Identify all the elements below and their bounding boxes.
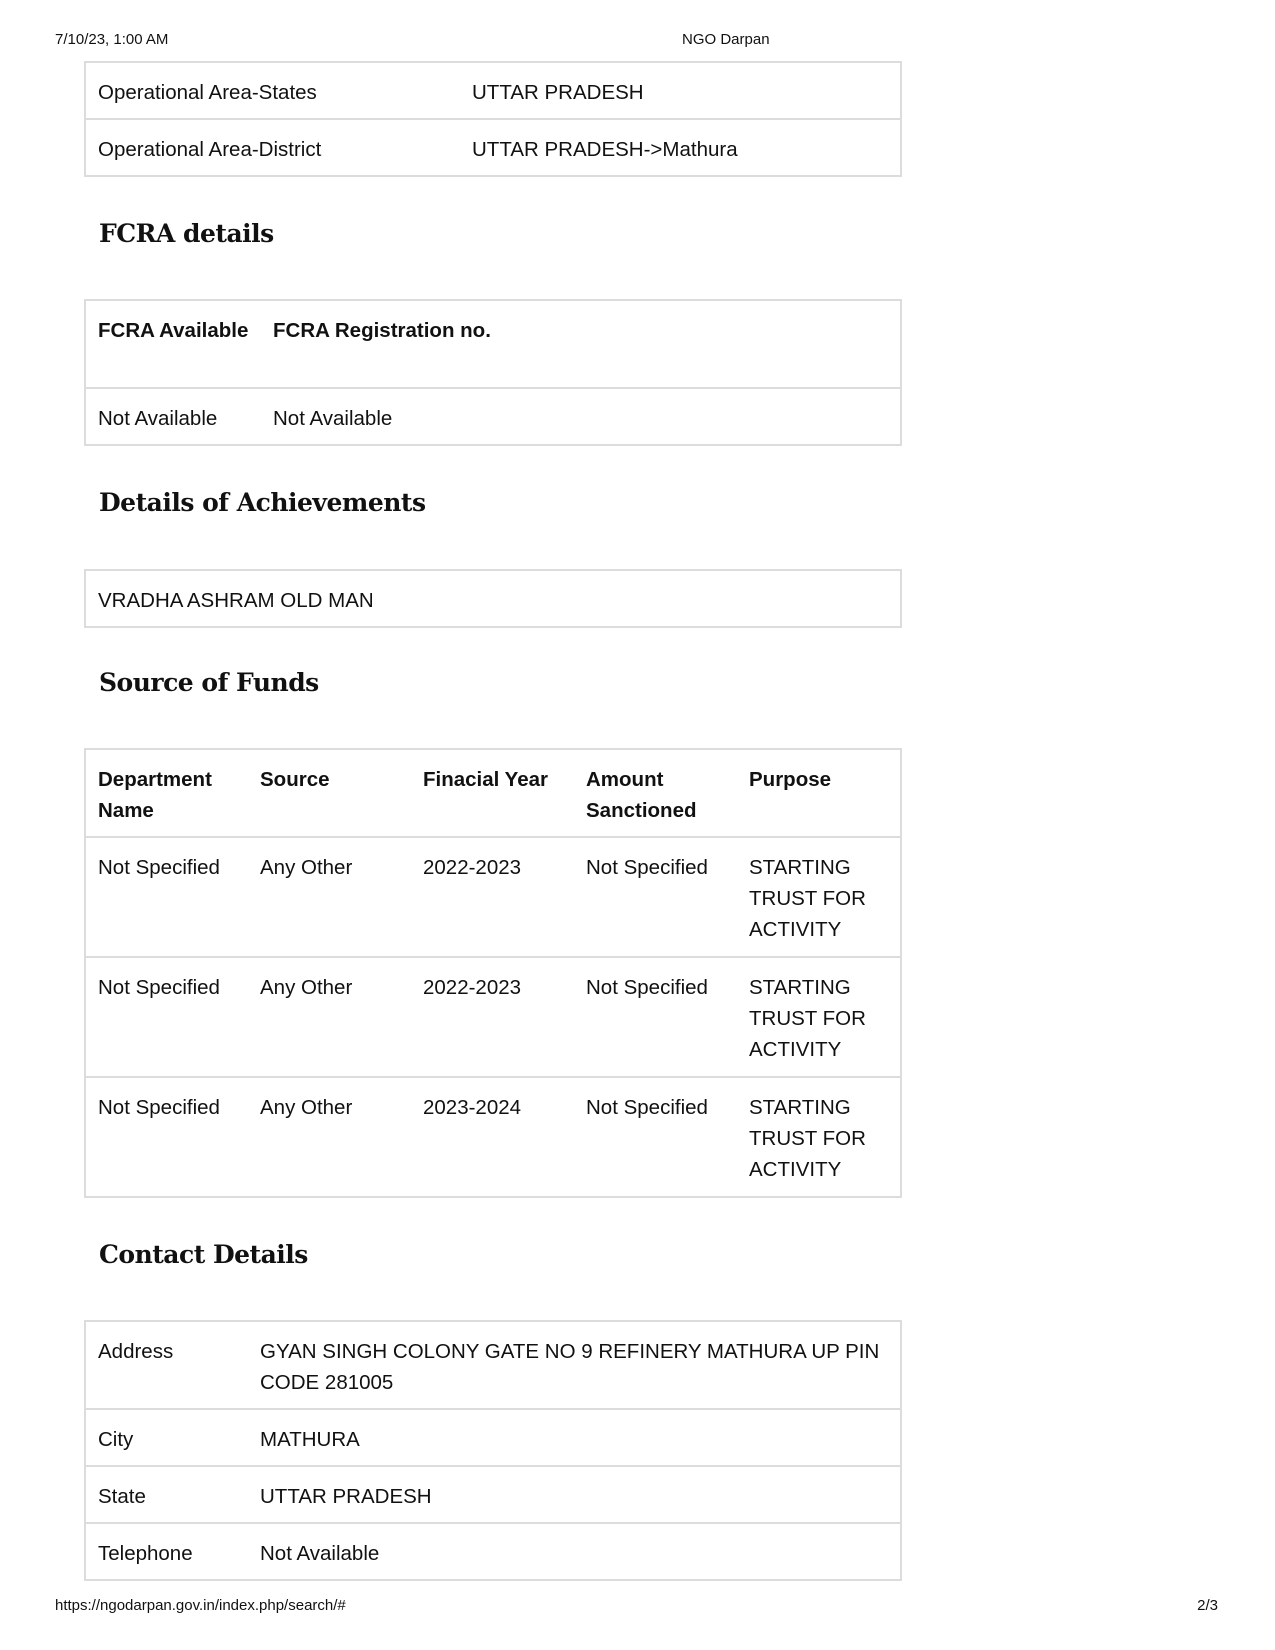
table-row: Operational Area-District UTTAR PRADESH-… [85, 119, 901, 176]
column-header: Purpose [737, 749, 901, 837]
row-label: Address [85, 1321, 248, 1409]
print-url: https://ngodarpan.gov.in/index.php/searc… [55, 1597, 346, 1614]
fcra-table: FCRA Available FCRA Registration no. Not… [84, 299, 902, 446]
column-header: Amount Sanctioned [574, 749, 737, 837]
telephone-value: Not Available [248, 1523, 901, 1580]
column-header: FCRA Registration no. [261, 300, 901, 388]
state-value: UTTAR PRADESH [248, 1466, 901, 1523]
row-value: UTTAR PRADESH->Mathura [460, 119, 901, 176]
table-row: Not Available Not Available [85, 388, 901, 445]
section-title-funds: Source of Funds [99, 668, 319, 697]
fcra-registration-value: Not Available [261, 388, 901, 445]
fcra-available-value: Not Available [85, 388, 261, 445]
page-number: 2/3 [1197, 1597, 1218, 1614]
table-row: City MATHURA [85, 1409, 901, 1466]
row-label: Operational Area-District [85, 119, 460, 176]
print-datetime: 7/10/23, 1:00 AM [55, 31, 168, 48]
column-header: Source [248, 749, 411, 837]
achievements-table: VRADHA ASHRAM OLD MAN [84, 569, 902, 628]
section-title-contact: Contact Details [99, 1240, 308, 1269]
achievement-text: VRADHA ASHRAM OLD MAN [85, 570, 901, 627]
contact-details-table: Address GYAN SINGH COLONY GATE NO 9 REFI… [84, 1320, 902, 1581]
section-title-achievements: Details of Achievements [99, 488, 426, 517]
cell-department: Not Specified [85, 957, 248, 1077]
row-label: Telephone [85, 1523, 248, 1580]
cell-source: Any Other [248, 1077, 411, 1197]
cell-amount: Not Specified [574, 837, 737, 957]
row-label: City [85, 1409, 248, 1466]
column-header: Department Name [85, 749, 248, 837]
cell-source: Any Other [248, 957, 411, 1077]
address-value: GYAN SINGH COLONY GATE NO 9 REFINERY MAT… [248, 1321, 901, 1409]
table-row: Telephone Not Available [85, 1523, 901, 1580]
row-label: Operational Area-States [85, 62, 460, 119]
operational-area-table: Operational Area-States UTTAR PRADESH Op… [84, 61, 902, 177]
source-of-funds-table: Department Name Source Finacial Year Amo… [84, 748, 902, 1198]
cell-department: Not Specified [85, 1077, 248, 1197]
cell-amount: Not Specified [574, 957, 737, 1077]
cell-purpose: STARTING TRUST FOR ACTIVITY [737, 837, 901, 957]
city-value: MATHURA [248, 1409, 901, 1466]
table-row: Operational Area-States UTTAR PRADESH [85, 62, 901, 119]
table-row: VRADHA ASHRAM OLD MAN [85, 570, 901, 627]
cell-purpose: STARTING TRUST FOR ACTIVITY [737, 957, 901, 1077]
table-row: State UTTAR PRADESH [85, 1466, 901, 1523]
column-header: FCRA Available [85, 300, 261, 388]
row-label: State [85, 1466, 248, 1523]
column-header: Finacial Year [411, 749, 574, 837]
table-row: Not Specified Any Other 2022-2023 Not Sp… [85, 837, 901, 957]
table-row: Address GYAN SINGH COLONY GATE NO 9 REFI… [85, 1321, 901, 1409]
table-header-row: Department Name Source Finacial Year Amo… [85, 749, 901, 837]
row-value: UTTAR PRADESH [460, 62, 901, 119]
table-row: Not Specified Any Other 2022-2023 Not Sp… [85, 957, 901, 1077]
table-header-row: FCRA Available FCRA Registration no. [85, 300, 901, 388]
cell-financial-year: 2022-2023 [411, 957, 574, 1077]
table-row: Not Specified Any Other 2023-2024 Not Sp… [85, 1077, 901, 1197]
print-page-title: NGO Darpan [682, 31, 770, 48]
cell-amount: Not Specified [574, 1077, 737, 1197]
cell-financial-year: 2023-2024 [411, 1077, 574, 1197]
cell-financial-year: 2022-2023 [411, 837, 574, 957]
cell-department: Not Specified [85, 837, 248, 957]
section-title-fcra: FCRA details [99, 219, 274, 248]
cell-source: Any Other [248, 837, 411, 957]
cell-purpose: STARTING TRUST FOR ACTIVITY [737, 1077, 901, 1197]
